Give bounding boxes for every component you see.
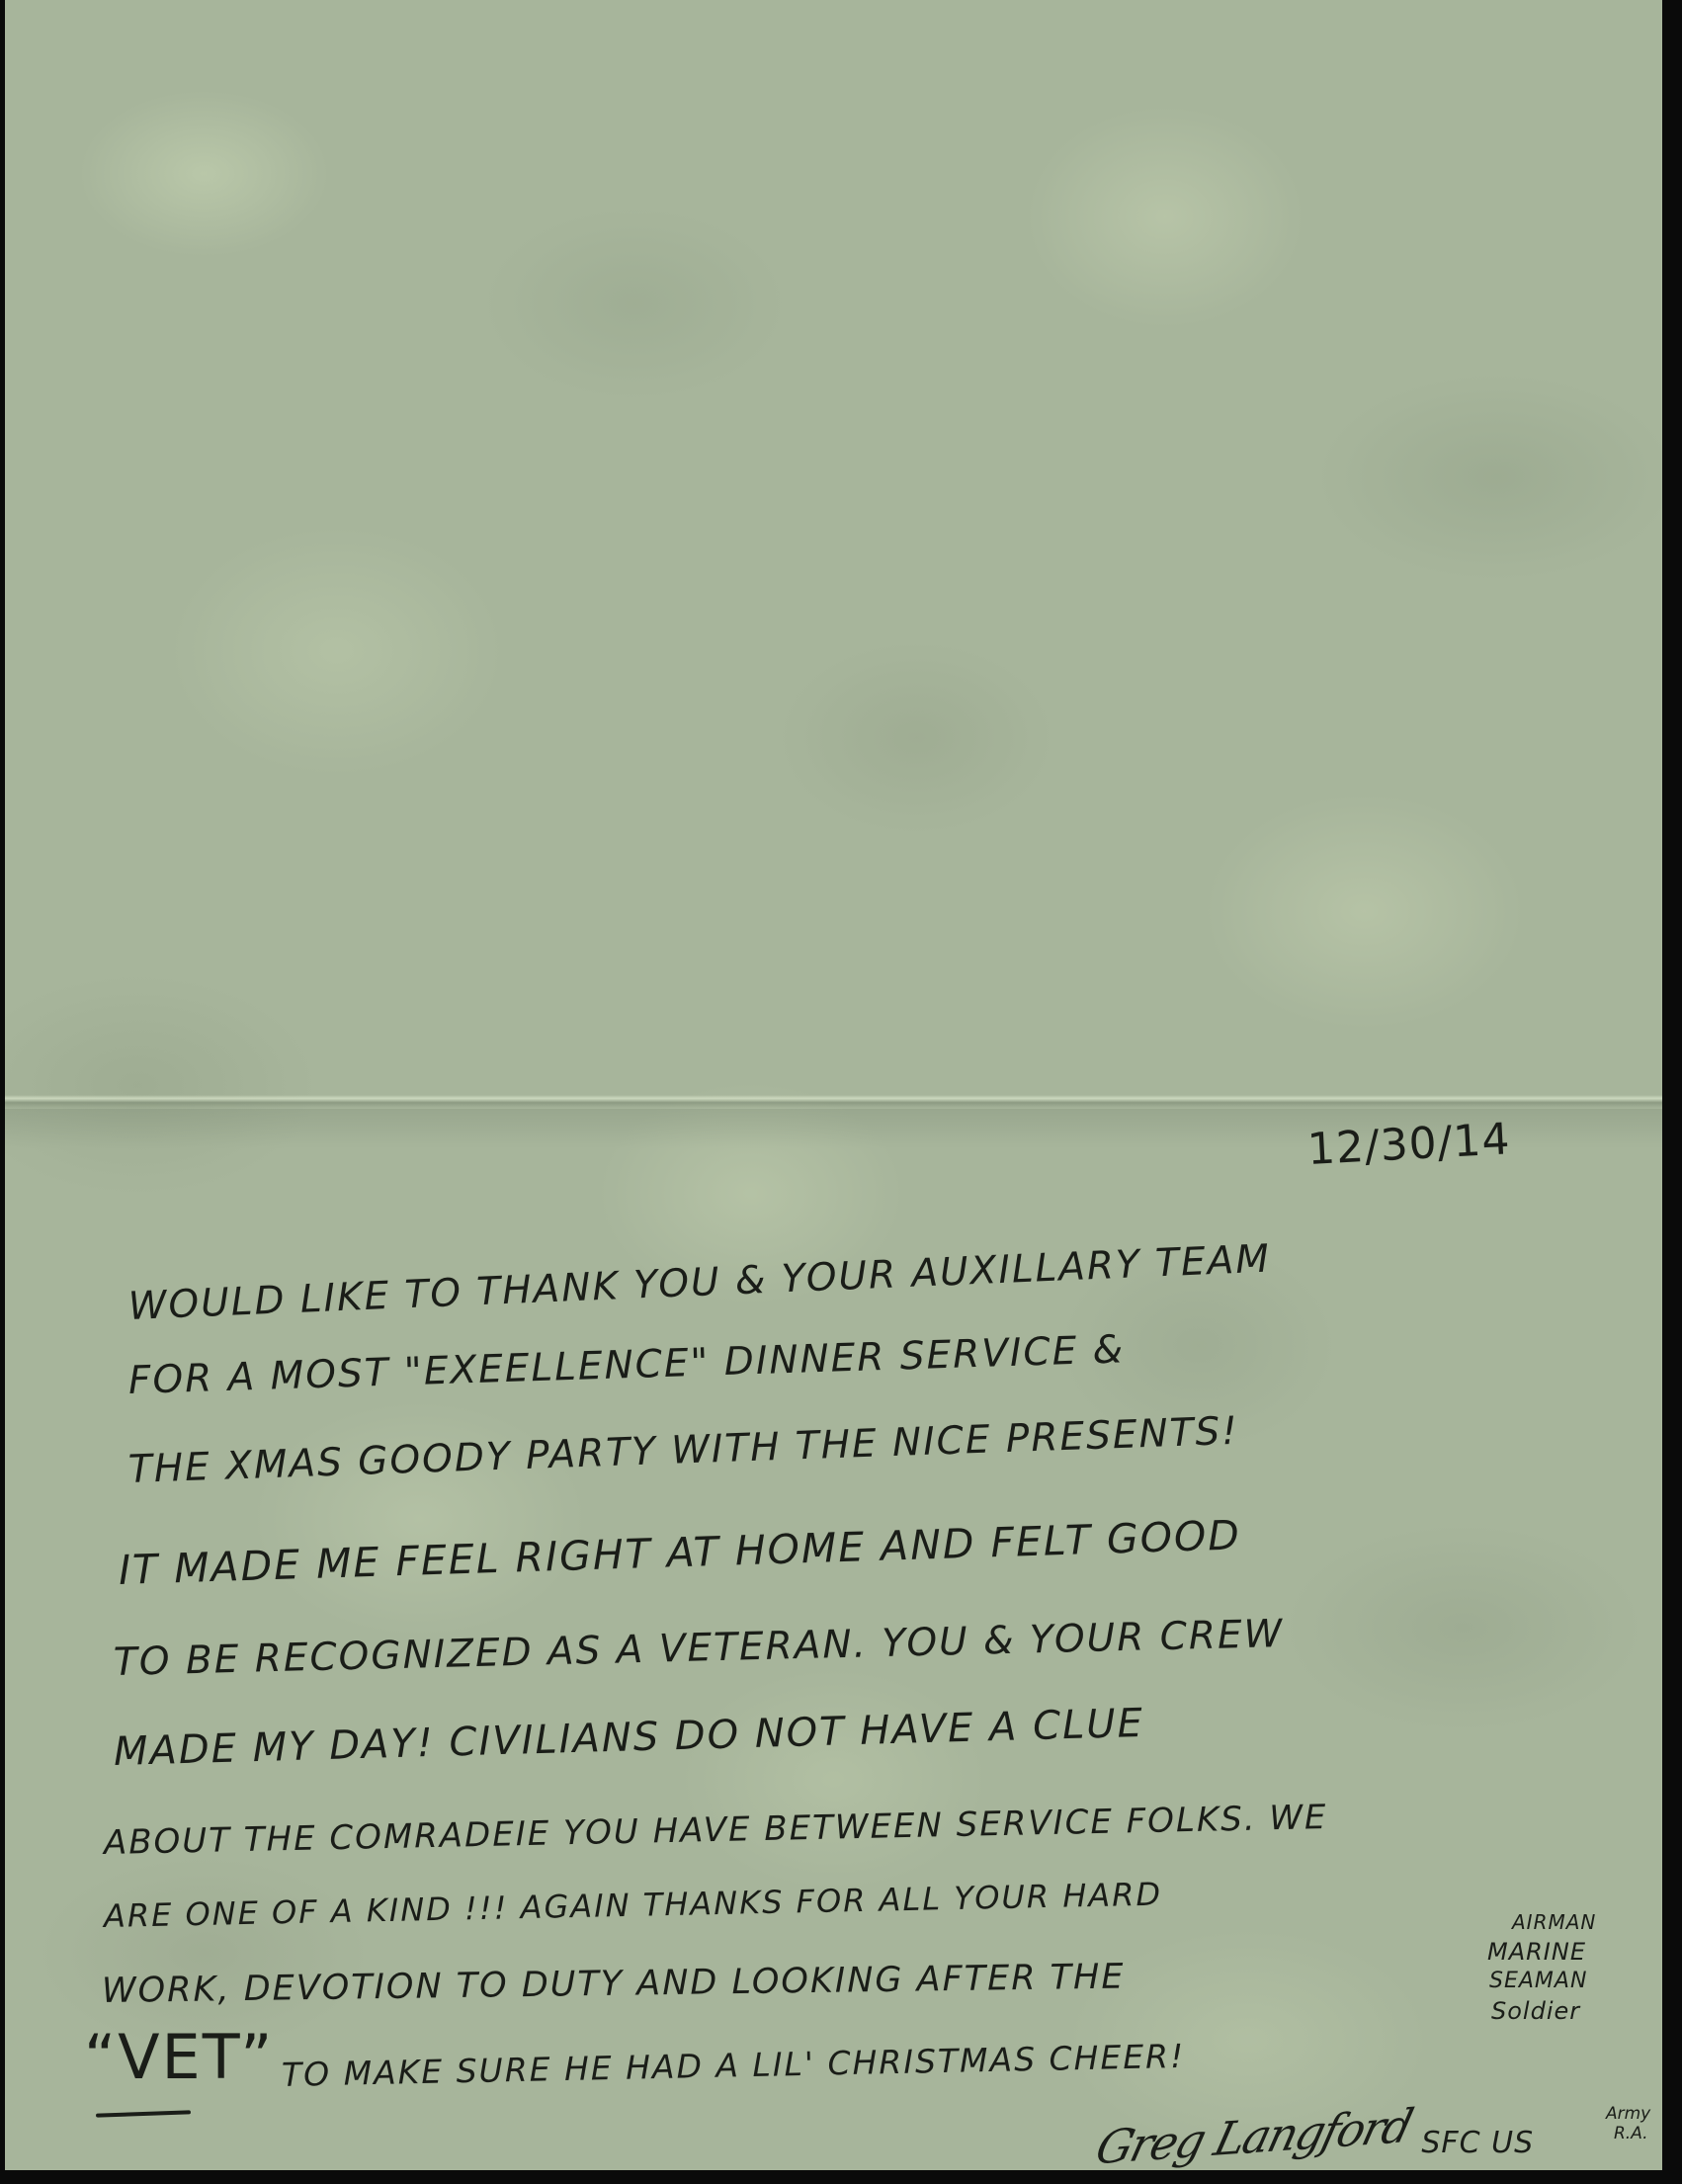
signature-branch-ra: R.A. xyxy=(1614,2124,1650,2143)
letter-page: 12/30/14 Would Like To Thank You & Your … xyxy=(5,0,1662,2170)
letter-line-1: Would Like To Thank You & Your Auxillary… xyxy=(127,1237,1272,1329)
letter-line-5: To Be Recognized As A Veteran. You & You… xyxy=(113,1612,1284,1685)
letter-date: 12/30/14 xyxy=(1306,1114,1512,1175)
paper-fold-crease xyxy=(5,1095,1662,1109)
vet-word: “VET” xyxy=(84,2021,274,2093)
signature-name: Greg Langford xyxy=(1091,2098,1417,2174)
vet-emphasis: “VET” xyxy=(84,2021,274,2093)
letter-line-2: For A Most "Exeellence" Dinner Service & xyxy=(127,1327,1125,1403)
signature-branch: Army R.A. xyxy=(1606,2104,1650,2143)
signature-rank: SFC US xyxy=(1421,2126,1534,2160)
letter-line-8: Are One Of A Kind !!! Again Thanks For A… xyxy=(104,1876,1163,1935)
letter-line-7: About The Comradeie You Have Between Ser… xyxy=(104,1798,1328,1863)
signature-branch-army: Army xyxy=(1606,2104,1650,2124)
branch-seaman: Seaman xyxy=(1489,1967,1596,1996)
branch-soldier: Soldier xyxy=(1491,1996,1596,2026)
letter-line-9: Work, Devotion To Duty And Looking After… xyxy=(102,1958,1126,2011)
vet-underline xyxy=(96,2110,191,2117)
branch-marine: Marine xyxy=(1487,1937,1596,1967)
letter-line-10: To Make Sure He Had A Lil' Christmas Che… xyxy=(282,2037,1186,2094)
branch-airman: Airman xyxy=(1512,1907,1596,1937)
signature-block: Greg Langford SFC US Army R.A. xyxy=(1097,2110,1534,2163)
letter-line-3: The Xmas Goody Party with The Nice Prese… xyxy=(127,1409,1239,1492)
letter-line-4: It Made Me Feel Right At Home And Felt G… xyxy=(118,1511,1241,1594)
service-branch-list: Airman Marine Seaman Soldier xyxy=(1487,1907,1596,2026)
letter-line-6: Made My Day! Civilians do Not Have A Clu… xyxy=(113,1701,1144,1775)
